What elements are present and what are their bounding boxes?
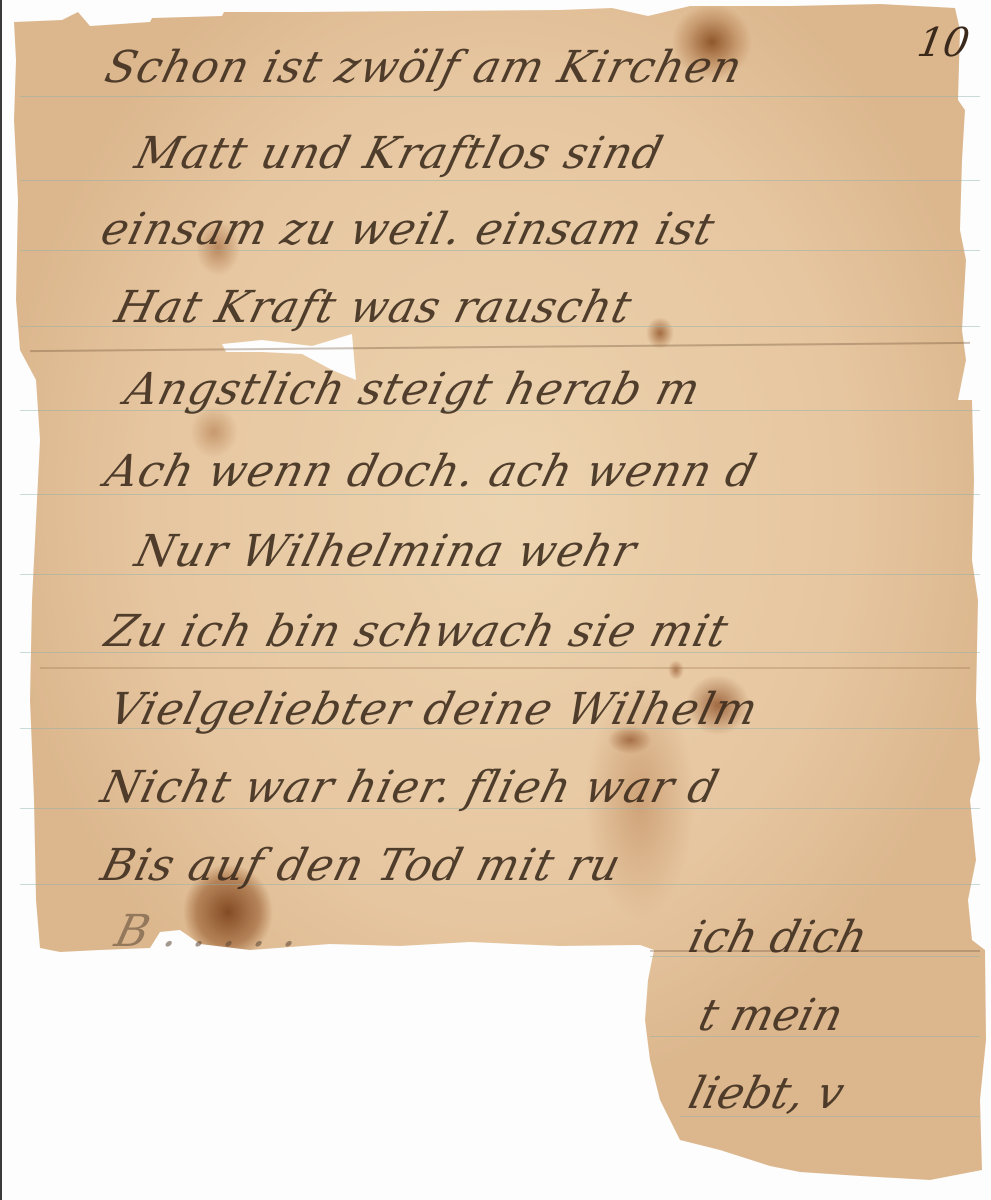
fragment-line: ich dich bbox=[684, 912, 873, 963]
handwritten-line: Bis auf den Tod mit ru bbox=[96, 840, 626, 891]
handwritten-line: Nur Wilhelmina wehr bbox=[130, 526, 642, 577]
handwritten-line: Nicht war hier. flieh war d bbox=[96, 762, 724, 813]
handwritten-line: einsam zu weil. einsam ist bbox=[96, 204, 720, 255]
fragment-line: liebt, v bbox=[684, 1068, 850, 1119]
handwritten-line: Vielgeliebter deine Wilhelm bbox=[104, 684, 764, 735]
handwritten-line: Angstlich steigt herab m bbox=[120, 364, 706, 415]
handwritten-line: Matt und Kraftlos sind bbox=[130, 128, 669, 179]
handwritten-line: Hat Kraft was rauscht bbox=[110, 282, 637, 333]
ruled-line bbox=[20, 180, 980, 181]
fragment-line: t mein bbox=[694, 990, 849, 1041]
fold-line bbox=[40, 667, 970, 669]
handwritten-line: Ach wenn doch. ach wenn d bbox=[100, 446, 762, 497]
handwritten-line: Schon ist zwölf am Kirchen bbox=[100, 42, 748, 93]
page-number: 10 bbox=[914, 20, 973, 66]
handwritten-line: Zu ich bin schwach sie mit bbox=[100, 606, 734, 657]
scanner-edge bbox=[0, 0, 2, 1200]
handwritten-line-partial: B . . . . . bbox=[110, 906, 306, 957]
ruled-line bbox=[20, 96, 980, 97]
